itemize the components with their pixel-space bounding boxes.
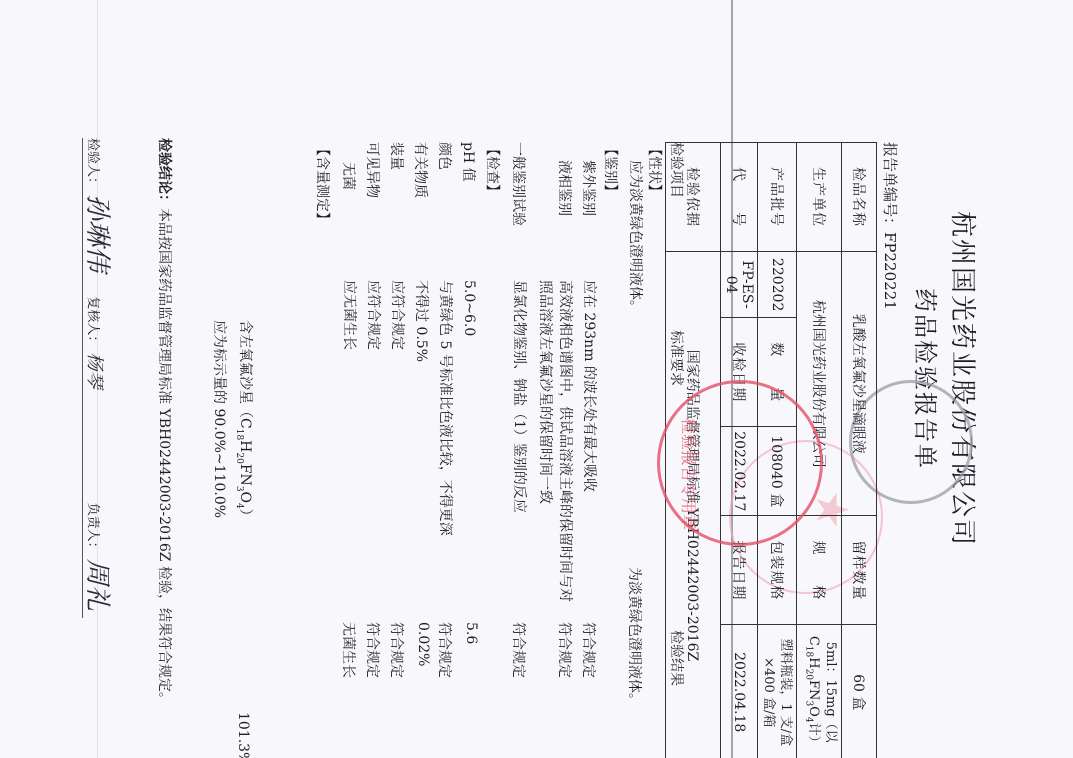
signature-line <box>82 138 83 618</box>
company-name: 杭州国光药业股份有限公司 <box>946 0 983 758</box>
conclusion-text: 本品按国家药品监督管理局标准 YBH02442003-2016Z 检验，结果符合… <box>156 208 172 706</box>
inspection-standard: 不得过 0.5% <box>411 280 431 580</box>
report-date: 2022.04.18 <box>721 625 758 758</box>
inspection-standard: 5.0~6.0 <box>459 280 479 580</box>
code: FP-ES-04 <box>721 252 758 318</box>
report-page: ★ 杭州国光药业股份有限公司 药品检验报告单 报告单编号：FP220221 检品… <box>0 0 1073 758</box>
report-number-label: 报告单编号： <box>881 142 899 232</box>
sample-qty: 60 盒 <box>842 625 877 758</box>
batch-label: 产品批号 <box>758 143 797 252</box>
section-assay: 【含量测定】 <box>313 142 333 226</box>
report-seal-text: 检验报告专用章 <box>678 418 701 530</box>
identification-standard: 显氯化物鉴别、钠盐（1）鉴别的反应 <box>509 280 529 620</box>
identification-item: 液相鉴别 <box>555 160 575 216</box>
assay-standard: 含左氧氟沙星（C18H20FN3O4） 应为标示量的 90.0%~110.0% <box>209 320 255 680</box>
responsible-label: 负责人： <box>85 503 100 555</box>
identification-standard: 高效液相色谱图中，供试品溶液主峰的保留时间与对照品溶液左氧氟沙星的保留时间一致 <box>535 280 575 610</box>
product-name-label: 检品名称 <box>842 143 877 252</box>
manufacturer-label: 生产单位 <box>797 143 842 252</box>
assay-result: 101.3% <box>235 712 251 758</box>
reviewer-label: 复核人： <box>85 296 100 348</box>
identification-result: 符合规定 <box>555 622 575 678</box>
inspection-item: 装量 <box>387 142 407 170</box>
conclusion: 检验结论：本品按国家药品监督管理局标准 YBH02442003-2016Z 检验… <box>155 138 175 706</box>
identification-standard: 应在 293nm 的波长处有最大吸收 <box>579 280 599 620</box>
assay-standard-line2: 应为标示量的 90.0%~110.0% <box>211 320 227 518</box>
appearance-standard: 应为淡黄绿色澄明液体。 <box>625 160 645 560</box>
inspection-standard: 应无菌生长 <box>339 280 359 580</box>
report-title: 药品检验报告单 <box>910 0 945 758</box>
report-number-value: FP220221 <box>881 232 899 310</box>
inspection-result: 符合规定 <box>435 622 455 678</box>
report-number: 报告单编号：FP220221 <box>880 142 901 310</box>
inspection-item: 无菌 <box>339 162 359 190</box>
sample-qty-label: 留样数量 <box>842 516 877 625</box>
product-name: 乳酸左氧氟沙星滴眼液 <box>842 252 877 516</box>
identification-item: 一般鉴别试验 <box>509 142 529 226</box>
spec: 5ml：15mg（以C18H20FN3O4计） <box>797 625 842 758</box>
signatures: 检验人： 孙琳伟 复核人： 杨琴 负责人： 周礼 <box>81 138 118 698</box>
column-result: 检验结果 <box>667 630 687 686</box>
inspection-result: 5.6 <box>463 622 479 644</box>
identification-result: 符合规定 <box>579 622 599 678</box>
inspection-result: 无菌生长 <box>339 622 359 678</box>
inspector-label: 检验人： <box>85 138 100 190</box>
batch: 220202 <box>758 252 797 318</box>
inspection-item: 有关物质 <box>411 142 431 198</box>
inspection-standard: 应符合规定 <box>363 280 383 580</box>
inspection-item: 颜色 <box>435 142 455 170</box>
section-inspection: 【检查】 <box>483 142 503 198</box>
column-item: 检验项目 <box>667 142 687 198</box>
inspection-standard: 与黄绿色 5 号标准比色液比较，不得更深 <box>435 280 455 620</box>
code-label: 代 号 <box>721 143 758 252</box>
inspection-result: 0.02% <box>415 622 431 666</box>
inspection-item: 可见异物 <box>363 142 383 198</box>
responsible-signature: 周礼 <box>82 559 112 611</box>
inspection-result: 符合规定 <box>363 622 383 678</box>
inspector-signature: 孙琳伟 <box>82 194 112 272</box>
conclusion-label: 检验结论： <box>156 138 172 208</box>
section-identification: 【鉴别】 <box>601 142 621 198</box>
appearance-result: 为淡黄绿色澄明液体。 <box>625 567 645 707</box>
reviewer-signature: 杨琴 <box>84 352 105 388</box>
column-standard: 标准要求 <box>667 330 687 386</box>
inspection-item: pH 值 <box>459 142 479 182</box>
section-appearance: 【性状】 <box>645 142 665 198</box>
inspection-result: 符合规定 <box>387 622 407 678</box>
assay-standard-line1: 含左氧氟沙星（C18H20FN3O4） <box>237 320 253 523</box>
spec-label: 规 格 <box>797 516 842 625</box>
inspection-standard: 应符合规定 <box>387 280 407 580</box>
packaging: 塑料瓶装，1 支/盒×400 盒/箱 <box>758 625 797 758</box>
identification-item: 紫外鉴别 <box>579 160 599 216</box>
identification-result: 符合规定 <box>509 622 529 678</box>
